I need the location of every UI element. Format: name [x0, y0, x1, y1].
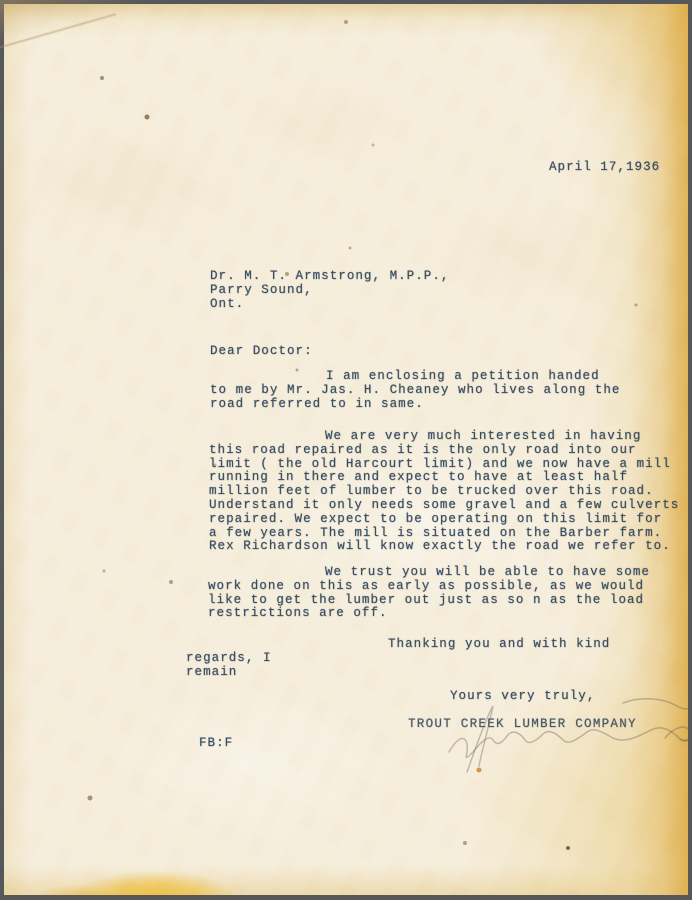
- letter-date: April 17,1936: [549, 161, 660, 175]
- closing-paragraph: Thanking you and with kind regards, I re…: [186, 638, 686, 679]
- typist-initials: FB:F: [199, 737, 233, 751]
- corner-crease-shade: [0, 0, 152, 56]
- recipient-address: Dr. M. T. Armstrong, M.P.P., Parry Sound…: [210, 270, 449, 311]
- valediction: Yours very truly,: [450, 690, 595, 704]
- salutation: Dear Doctor:: [210, 345, 313, 359]
- letter-paper: April 17,1936 Dr. M. T. Armstrong, M.P.P…: [4, 4, 688, 895]
- pencil-signature: [429, 694, 692, 779]
- body-paragraph-2: We are very much interested in having th…: [209, 430, 692, 554]
- company-signature-line: TROUT CREEK LUMBER COMPANY: [408, 718, 637, 732]
- body-paragraph-1: I am enclosing a petition handed to me b…: [210, 370, 690, 411]
- foxing-specks: [4, 4, 6, 6]
- body-paragraph-3: We trust you will be able to have some w…: [208, 566, 692, 621]
- scanned-letter: April 17,1936 Dr. M. T. Armstrong, M.P.P…: [0, 0, 692, 900]
